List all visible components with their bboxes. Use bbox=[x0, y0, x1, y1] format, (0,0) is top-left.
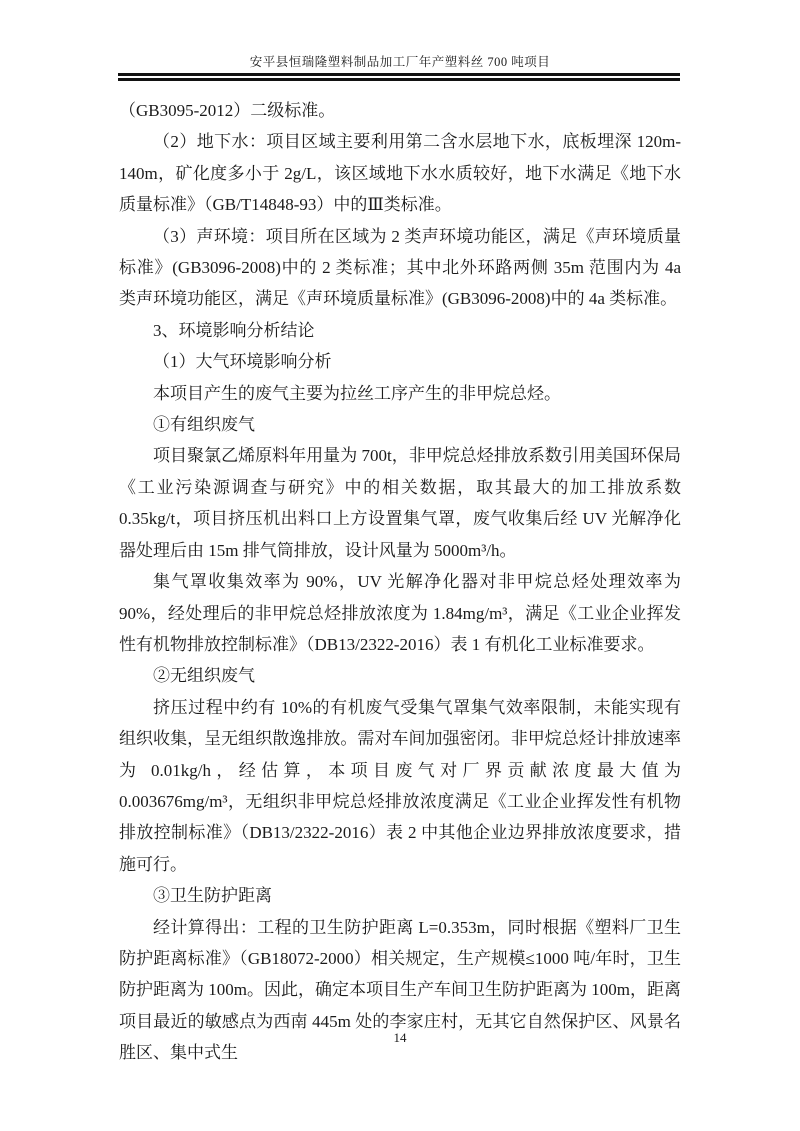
header-divider-rule bbox=[118, 73, 680, 81]
report-header-title: 安平县恒瑞隆塑料制品加工厂年产塑料丝 700 吨项目 bbox=[0, 52, 800, 70]
document-page: 安平县恒瑞隆塑料制品加工厂年产塑料丝 700 吨项目 （GB3095-2012）… bbox=[0, 0, 800, 1131]
paragraph-noise-environment: （3）声环境：项目所在区域为 2 类声环境功能区，满足《声环境质量标准》(GB3… bbox=[119, 221, 681, 315]
paragraph-treatment-efficiency: 集气罩收集效率为 90%，UV 光解净化器对非甲烷总烃处理效率为 90%，经处理… bbox=[119, 566, 681, 660]
paragraph-groundwater: （2）地下水：项目区域主要利用第二含水层地下水，底板埋深 120m-140m，矿… bbox=[119, 126, 681, 220]
page-number: 14 bbox=[0, 1030, 800, 1046]
heading-sanitary-protection-distance: ③卫生防护距离 bbox=[119, 880, 681, 911]
paragraph-organized-emission: 项目聚氯乙烯原料年用量为 700t，非甲烷总烃排放系数引用美国环保局《工业污染源… bbox=[119, 440, 681, 566]
heading-env-impact-conclusion: 3、环境影响分析结论 bbox=[119, 315, 681, 346]
paragraph-standard-continuation: （GB3095-2012）二级标准。 bbox=[119, 95, 681, 126]
document-body: （GB3095-2012）二级标准。 （2）地下水：项目区域主要利用第二含水层地… bbox=[119, 95, 681, 1069]
heading-organized-waste-gas: ①有组织废气 bbox=[119, 409, 681, 440]
heading-air-impact-analysis: （1）大气环境影响分析 bbox=[119, 346, 681, 377]
paragraph-waste-gas-intro: 本项目产生的废气主要为拉丝工序产生的非甲烷总烃。 bbox=[119, 378, 681, 409]
paragraph-unorganized-emission: 挤压过程中约有 10%的有机废气受集气罩集气效率限制，未能实现有组织收集，呈无组… bbox=[119, 692, 681, 880]
heading-unorganized-waste-gas: ②无组织废气 bbox=[119, 660, 681, 691]
